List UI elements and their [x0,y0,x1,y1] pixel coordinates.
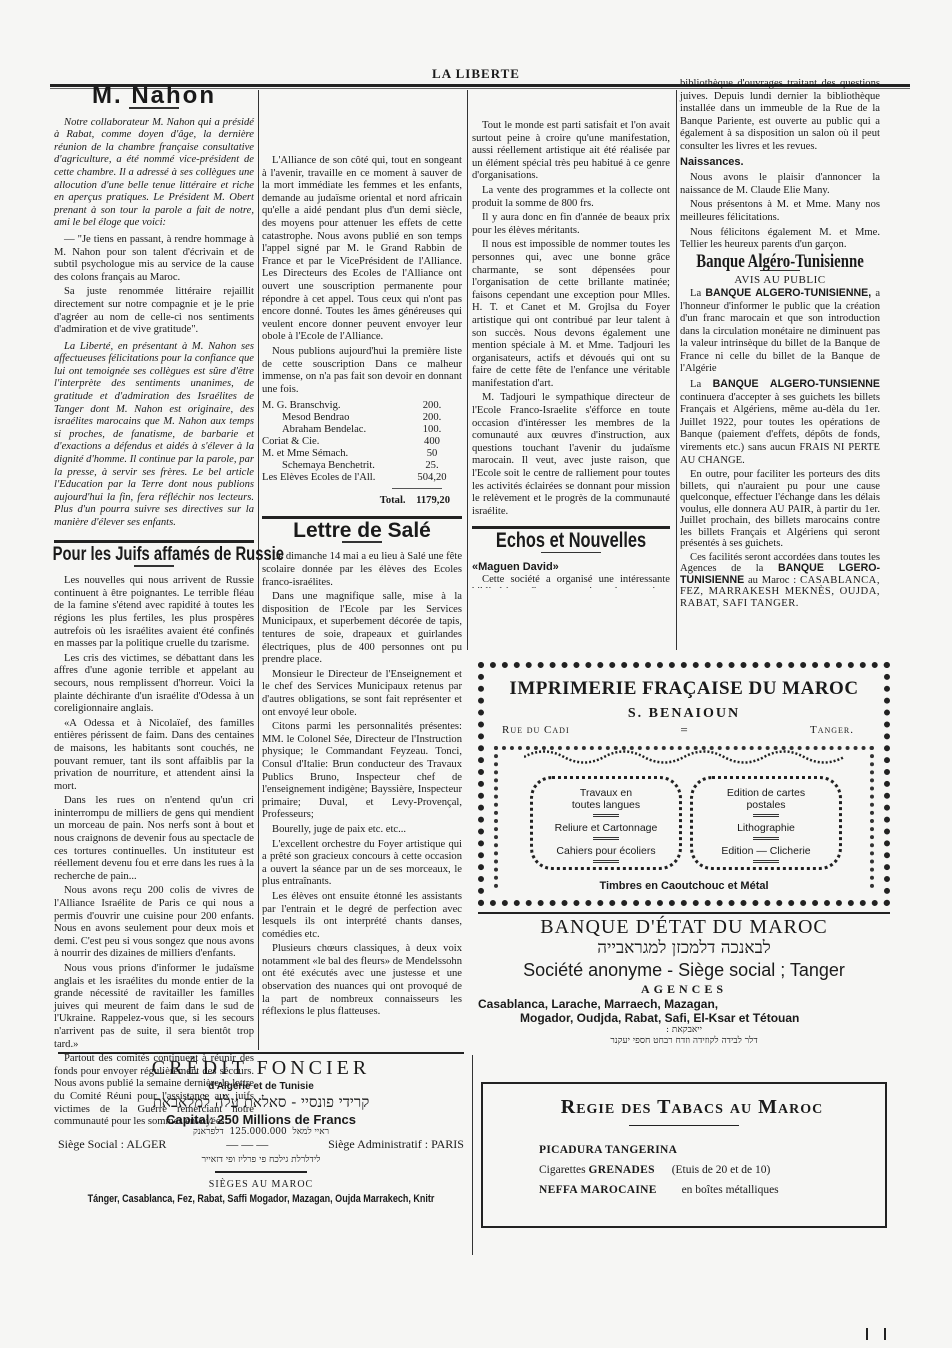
service-separator [753,837,779,840]
ad-imprimerie-title: IMPRIMERIE FRAÇAISE DU MAROC [484,678,884,700]
column-1: M. Nahon Notre collaborateur M. Nahon qu… [54,86,254,1131]
ad-regie-title: Regie des Tabacs au Maroc [499,1096,885,1119]
sale-paragraph: L'excellent orchestre du Foyer artistiqu… [262,839,462,889]
subscriber-name: Abraham Bendelac. [262,424,402,436]
ad-banque-etat-cities: Casablanca, Larache, Marraech, Mazagan, … [478,997,890,1025]
sale-paragraph: Bourelly, juge de paix etc. etc... [262,824,462,837]
page-mark [866,1328,886,1340]
section-title-echos: Echos et Nouvelles [470,535,671,548]
subscription-row: Schemaya Benchetrit.25. [262,460,462,472]
article-title-nahon: M. Nahon [54,90,254,103]
ad-banque-etat-agences: AGENCES [478,982,890,997]
banque-la: La [690,288,701,299]
sale-paragraph: Il nous est impossible de nommer toutes … [472,239,670,390]
sale-paragraph: Il y aura donc en fin d'année de beaux p… [472,212,670,237]
russie-paragraph: Dans les rues on n'entend qu'un cri inin… [54,795,254,883]
product-detail: (Etuis de 20 et de 10) [672,1164,771,1176]
banque-la: La [690,379,701,390]
service-separator [753,860,779,863]
russie-paragraph: Nous publions aujourd'hui la première li… [262,346,462,396]
ad-rule [478,912,890,914]
product-name: GRENADES [589,1164,655,1176]
ad-credit-foncier-title: CRÉDIT FONCIER [58,1056,464,1080]
naissance-item: Nous félicitons également M. et Mme. Tel… [680,227,880,252]
nahon-closing: La Liberté, en présentant à M. Nahon ses… [54,341,254,530]
sale-paragraph: M. Tadjouri le sympathique directeur de … [472,392,670,518]
sale-paragraph: La vente des programmes et la collecte o… [472,185,670,210]
subscriber-name: M. et Mme Sémach. [262,448,402,460]
total-value: 1179,20 [416,495,450,506]
section-divider [54,540,254,543]
subscription-row: Abraham Bendelac.100. [262,424,462,436]
banque-paragraph-4: Ces facilités seront accordées dans tout… [680,552,880,610]
service-separator [753,814,779,817]
ad-imprimerie: IMPRIMERIE FRAÇAISE DU MAROC S. BENAIOUN… [478,662,890,906]
subscription-amount: 50 [402,448,462,460]
ad-rule [58,1052,464,1054]
russie-paragraph: Les cris des victimes, se débattant dans… [54,653,254,716]
subscription-list: M. G. Branschvig.200.Mesod Bendrao200.Ab… [262,400,462,484]
ad-imprimerie-footer: Timbres en Caoutchouc et Métal [484,880,884,892]
column-3: Tout le monde est parti satisfait et l'o… [472,120,670,590]
echos-paragraph: Cette société a organisé une intéressant… [472,574,670,588]
siege-administratif: Siège Administratif : PARIS [328,1137,464,1152]
service-separator [593,860,619,863]
naissances-label: Naissances. [680,156,880,169]
naissance-item: Nous présentons à M. et Mme. Many nos me… [680,199,880,224]
ad-credit-foncier-sieges-label: SIÈGES AU MAROC [58,1178,464,1191]
banque-name: BANQUE ALGERO-TUNISIENNE, [705,287,871,299]
total-rule [392,488,442,489]
nahon-quote-2: Sa juste renommée littéraire rejaillit d… [54,286,254,336]
regie-product: Cigarettes GRENADES (Etuis de 20 et de 1… [539,1160,885,1180]
ad-banque-etat-subtitle: Société anonyme - Siège social ; Tanger [478,958,890,982]
subscriber-name: Coriat & Cie. [262,436,402,448]
subscription-total: Total. 1179,20 [262,495,462,508]
service-item: Edition de cartes postales [716,787,816,811]
sale-paragraph: Plusieurs chœurs classiques, à deux voix… [262,943,462,1019]
capital-number: 125.000.000 [230,1127,287,1137]
ad-rule [215,1171,307,1173]
banque-paragraph-2: La BANQUE ALGERO-TUNSIENNE continuera d'… [680,378,880,467]
ad-credit-foncier-capital-hebrew: דלפראנק 125.000.000 ראיי למאל [58,1127,464,1137]
sale-paragraph: Monsieur le Directeur de l'Enseignement … [262,669,462,719]
ad-banque-etat-hebrew-cities: דלר לבידה לקוזידה וזדח רבחט חספי יעקנר [478,1036,890,1047]
sale-paragraph: Les élèves ont ensuite étonné les assist… [262,891,462,941]
ad-banque-etat-title: BANQUE D'ÉTAT DU MAROC [478,916,890,938]
avis-au-public: AVIS AU PUBLIC [680,274,880,287]
ad-services-right: Edition de cartes postales Lithographie … [690,776,842,870]
title-ornament [629,1125,739,1126]
echos-subtitle: «Maguen David» [472,561,670,574]
russie-paragraph: Nous vous prions d'informer le judaïsme … [54,963,254,1051]
russie-paragraph: «A Odessa et à Nicolaïef, des familles e… [54,718,254,794]
product-name: PICADURA TANGERINA [539,1144,677,1156]
column-2: L'Alliance de son côté qui, tout en song… [262,155,462,1021]
article-title-russie: Pour les Juifs affamés de Russie [53,549,256,562]
column-divider [258,90,259,1050]
service-separator [593,814,619,817]
service-item: Reliure et Cartonnage [533,822,679,834]
sale-paragraph: Citons parmi les personnalités présentes… [262,721,462,822]
ad-regie-tabacs: Regie des Tabacs au Maroc PICADURA TANGE… [481,1082,887,1228]
russie-paragraph: Les nouvelles qui nous arrivent de Russi… [54,575,254,651]
subscription-row: Mesod Bendrao200. [262,412,462,424]
nahon-quote-1: — "Je tiens en passant, à rendre hommage… [54,234,254,284]
ad-credit-foncier-sieges: Siège Social : ALGER — — — Siège Adminis… [58,1137,464,1152]
echos-continued: bibliothèque d'ouvrages traitant des que… [680,78,880,154]
column-4: bibliothèque d'ouvrages traitant des que… [680,78,880,611]
cities-line: Casablanca, Larache, Marraech, Mazagan, [478,997,890,1011]
banque-name: BANQUE ALGERO-TUNSIENNE [713,378,880,390]
subscription-amount: 400 [402,436,462,448]
hebrew-text: דלפראנק [193,1127,224,1137]
dashes: — — — [226,1137,268,1152]
service-separator [593,837,619,840]
banque-text: continuera d'accepter à ses guichets les… [680,392,880,466]
subscription-row: M. G. Branschvig.200. [262,400,462,412]
regie-product: NEFFA MAROCAINE en boîtes métalliques [539,1180,885,1200]
regie-product: PICADURA TANGERINA [539,1140,885,1160]
product-detail: en boîtes métalliques [682,1184,779,1196]
ad-credit-foncier-hebrew: קרידי פונסיי - סאלאת עלה למלאבאת [58,1093,464,1112]
cities-line: Mogador, Oudjda, Rabat, Safi, El-Ksar et… [478,1011,890,1025]
naissance-item: Nous avons le plaisir d'annoncer la nais… [680,172,880,197]
siege-social: Siège Social : ALGER [58,1137,166,1152]
service-item: Lithographie [693,822,839,834]
column-divider [467,90,468,650]
ad-credit-foncier-subtitle: d'Algérie et de Tunisie [58,1080,464,1093]
service-item: Edition — Clicherie [693,845,839,857]
column-divider [472,1055,473,1255]
hebrew-text: ראיי למאל [293,1127,330,1137]
russie-paragraph: Nous avons reçu 200 colis de vivres de l… [54,885,254,961]
ad-banque-etat: BANQUE D'ÉTAT DU MAROC לבאנכה דלמכזן למג… [478,912,890,1057]
subscriber-name: Les Elèves Ecoles de l'All. [262,472,402,484]
total-label: Total. [380,495,406,506]
product-prefix: Cigarettes [539,1164,586,1176]
ad-banque-etat-hebrew-agences: ייאבקאת : [478,1025,890,1036]
service-item: Travaux en toutes langues [566,787,646,811]
nahon-intro: Notre collaborateur M. Nahon qui a prési… [54,117,254,230]
banque-text: a l'honneur d'informer le public que la … [680,288,880,375]
subscription-amount: 25. [402,460,462,472]
ad-services-left: Travaux en toutes langues Reliure et Car… [530,776,682,870]
banque-paragraph-1: La BANQUE ALGERO-TUNISIENNE, a l'honneur… [680,287,880,376]
ad-credit-foncier-hebrew-small: לידלרלת גילכח פי פרליז ופי דזאייר [58,1152,464,1168]
ad-banque-etat-hebrew: לבאנכה דלמכזן למגראבייה [478,938,890,958]
column-divider [676,90,677,650]
title-ornament [134,565,174,567]
ad-imprimerie-owner: S. BENAIOUN [484,706,884,722]
ad-credit-foncier-cities: Tánger, Casablanca, Fez, Rabat, Saffi Mo… [62,1193,461,1205]
banque-text: au Maroc : [748,575,796,586]
subscription-row: Les Elèves Ecoles de l'All.504,20 [262,472,462,484]
subscription-amount: 100. [402,424,462,436]
ad-credit-foncier-capital: Capital: 250 Millions de Francs [58,1112,464,1127]
service-item: Cahiers pour écoliers [533,845,679,857]
banque-paragraph-3: En outre, pour faciliter les porteurs de… [680,469,880,550]
subscriber-name: Schemaya Benchetrit. [262,460,402,472]
product-name: NEFFA MAROCAINE [539,1184,657,1196]
subscription-amount: 504,20 [402,472,462,484]
subscriber-name: M. G. Branschvig. [262,400,402,412]
subscription-amount: 200. [402,412,462,424]
article-title-sale: Lettre de Salé [262,525,462,538]
ad-imprimerie-city: Tanger. [810,724,854,736]
subscription-amount: 200. [402,400,462,412]
sale-paragraph: Dans une magnifique salle, mise à la dis… [262,591,462,667]
russie-paragraph: L'Alliance de son côté qui, tout en song… [262,155,462,344]
wave-ornament-icon [524,750,844,764]
section-title-banque-algero-tunisienne: Banque Algéro-Tunisienne [679,256,882,269]
subscription-row: Coriat & Cie.400 [262,436,462,448]
subscriber-name: Mesod Bendrao [262,412,402,424]
ad-credit-foncier: CRÉDIT FONCIER d'Algérie et de Tunisie ק… [58,1052,464,1222]
sale-paragraph: Le dimanche 14 mai a eu lieu à Salé une … [262,551,462,589]
subscription-row: M. et Mme Sémach.50 [262,448,462,460]
sale-paragraph: Tout le monde est parti satisfait et l'o… [472,120,670,183]
